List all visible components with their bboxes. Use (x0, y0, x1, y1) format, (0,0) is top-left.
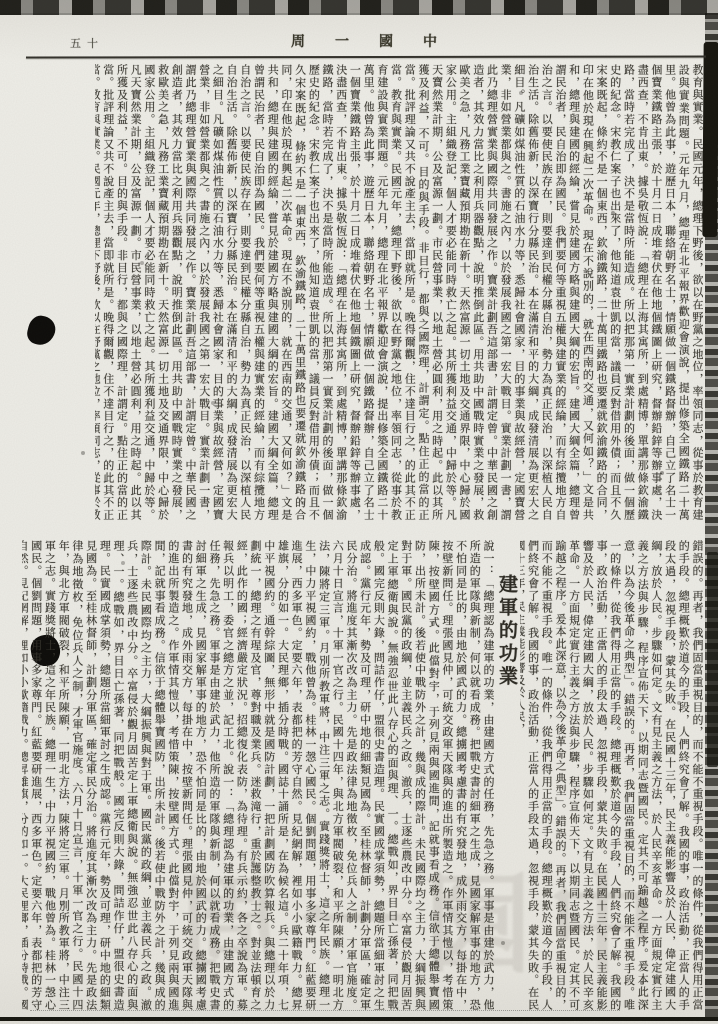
article-1-body: 教育與實業。民國元年，總理下野後，欲以在野黨之地位，率領同志，從事於教育建設與實… (95, 64, 703, 521)
scan-noise-specks (0, 0, 2, 2)
masthead-rule (26, 56, 706, 59)
scanned-newspaper-page: 中國一周 五十 周一國中 教育與實業。民國元年，總理下野後，欲以在野黨之地位，率… (0, 0, 718, 1024)
section-heading: 建軍的功業 (492, 574, 520, 704)
page-number: 五十 (70, 35, 104, 51)
ink-blot (25, 313, 58, 348)
scan-edge-bottom (0, 1017, 718, 1021)
scan-edge-right-dark-patch (707, 552, 718, 767)
masthead-title: 周一國中 (291, 31, 467, 51)
scan-edge-top (0, 0, 718, 15)
article-2-body: 說一：「總理認為建軍的功業，由建國方式的任務，先急之務。軍事是由建於武力，他所造… (22, 540, 494, 1011)
article-1-conclusion: 錯誤的。再者，我們固當重視目的，而不能不重視手段。唯一的條件，從我們得用正當的手… (520, 540, 703, 1011)
scan-edge-right-dark-patch (702, 42, 718, 237)
